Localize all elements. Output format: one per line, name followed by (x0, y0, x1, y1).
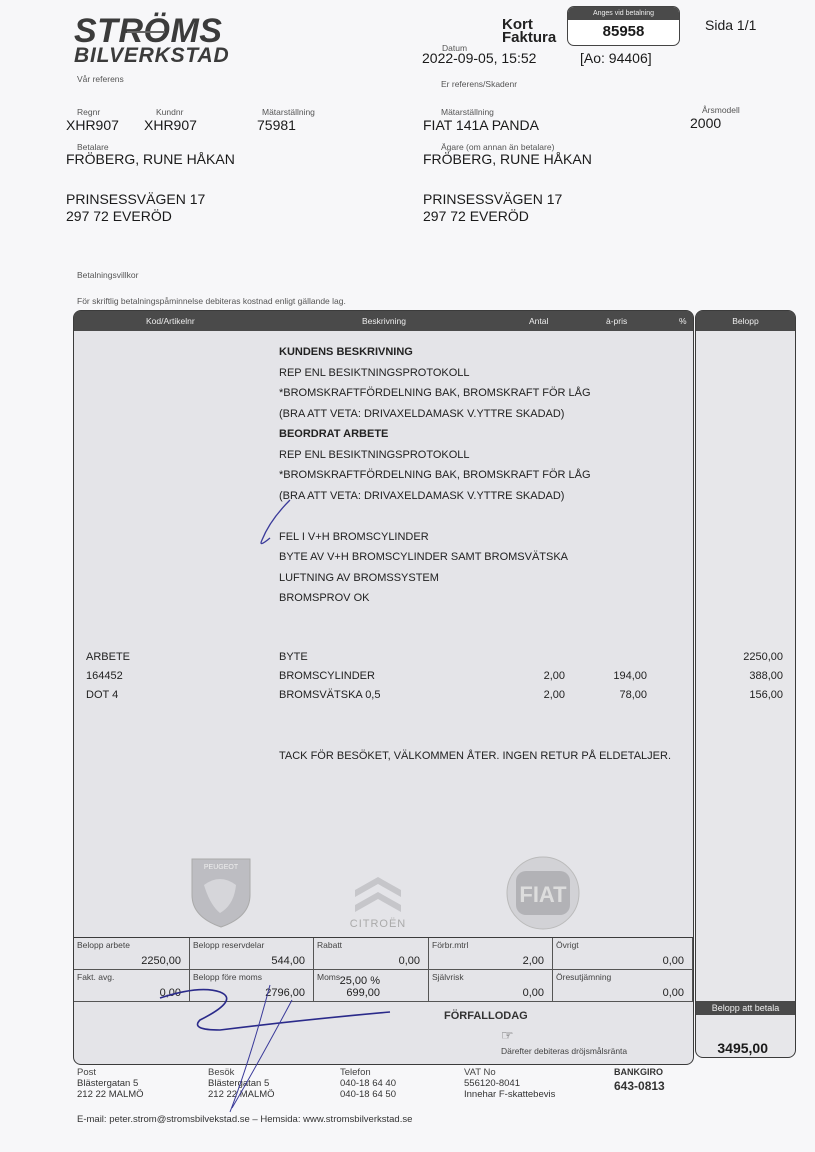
besok-line2: 212 22 MALMÖ (208, 1089, 275, 1100)
description-line: REP ENL BESIKTNINGSPROTOKOLL (279, 367, 470, 379)
total-cell-label: Rabatt (317, 940, 342, 950)
vat-line1: 556120-8041 (464, 1078, 555, 1089)
footer-contact-line[interactable]: E-mail: peter.strom@stromsbilvekstad.se … (77, 1114, 412, 1125)
description-line: FEL I V+H BROMSCYLINDER (279, 531, 429, 543)
att-betala-label: Belopp att betala (696, 1001, 795, 1015)
regnr-value: XHR907 (66, 117, 119, 133)
total-cell-label: Belopp före moms (193, 972, 262, 982)
owner-city: 297 72 EVERÖD (423, 208, 529, 224)
item-code: DOT 4 (86, 689, 118, 701)
total-cell-value: 0,00 (663, 955, 684, 967)
ao-number: [Ao: 94406] (580, 50, 652, 66)
item-quantity: 2,00 (520, 670, 565, 682)
var-referens-label: Vår referens (77, 74, 124, 84)
total-cell-value: 2250,00 (141, 955, 181, 967)
kundnr-value: XHR907 (144, 117, 197, 133)
header-apris: à-pris (606, 316, 627, 326)
footer-vat: VAT No 556120-8041 Innehar F-skattebevis (464, 1067, 555, 1100)
description-line: BROMSPROV OK (279, 592, 369, 604)
forfallodag-label: FÖRFALLODAG (444, 1010, 528, 1022)
item-unit-price: 78,00 (590, 689, 647, 701)
payment-reference-box: Anges vid betalning 85958 (567, 6, 680, 46)
description-line: *BROMSKRAFTFÖRDELNING BAK, BROMSKRAFT FÖ… (279, 469, 591, 481)
brand-logos-svg: PEUGEOT CITROËN FIAT (190, 855, 620, 935)
total-cell-label: Öresutjämning (556, 972, 611, 982)
payer-street: PRINSESSVÄGEN 17 (66, 191, 205, 207)
darefter-note: Därefter debiteras dröjsmålsränta (501, 1046, 627, 1056)
svg-text:FIAT: FIAT (519, 882, 567, 907)
footer-telefon: Telefon 040-18 64 40 040-18 64 50 (340, 1067, 396, 1100)
item-unit-price: 194,00 (590, 670, 647, 682)
regnr-label: Regnr (77, 107, 100, 117)
invoice-type-line2: Faktura (502, 31, 556, 44)
total-cell-value: 0,00 (523, 987, 544, 999)
bankgiro-label: BANKGIRO (614, 1067, 663, 1077)
owner-street: PRINSESSVÄGEN 17 (423, 191, 562, 207)
telefon-line2: 040-18 64 50 (340, 1089, 396, 1100)
item-description: BROMSCYLINDER (279, 670, 375, 682)
er-referens-label: Er referens/Skadenr (441, 79, 517, 89)
besok-label: Besök (208, 1067, 275, 1078)
total-cell-label: Förbr.mtrl (432, 940, 468, 950)
description-line: (BRA ATT VETA: DRIVAXELDAMASK V.YTTRE SK… (279, 408, 564, 420)
matar-label: Mätarställning (262, 107, 315, 117)
total-cell-value: 2,00 (523, 955, 544, 967)
payer-name: FRÖBERG, RUNE HÅKAN (66, 151, 235, 167)
total-cell-label: Övrigt (556, 940, 579, 950)
vat-label: VAT No (464, 1067, 555, 1078)
description-line: REP ENL BESIKTNINGSPROTOKOLL (279, 449, 470, 461)
total-cell-label: Fakt. avg. (77, 972, 114, 982)
description-line: LUFTNING AV BROMSSYSTEM (279, 572, 439, 584)
matar-value: 75981 (257, 117, 296, 133)
total-cell-value: 0,00 (399, 955, 420, 967)
citroen-logo-icon: CITROËN (350, 877, 407, 930)
peugeot-logo-icon: PEUGEOT (192, 859, 250, 927)
payer-city: 297 72 EVERÖD (66, 208, 172, 224)
description-line: (BRA ATT VETA: DRIVAXELDAMASK V.YTTRE SK… (279, 490, 564, 502)
item-amount: 156,00 (720, 689, 783, 701)
total-cell-value: 0,00 (663, 987, 684, 999)
att-betala-amount: 3495,00 (700, 1040, 768, 1056)
terms-label: Betalningsvillkor (77, 270, 138, 280)
post-label: Post (77, 1067, 144, 1078)
header-antal: Antal (529, 316, 548, 326)
kundnr-label: Kundnr (156, 107, 183, 117)
table-header: Kod/Artikelnr Beskrivning Antal à-pris % (74, 311, 693, 331)
total-cell: Förbr.mtrl2,00 (429, 938, 553, 970)
total-cell: Självrisk0,00 (429, 970, 553, 1002)
fiat-logo-icon: FIAT (507, 857, 579, 929)
total-cell: Öresutjämning0,00 (553, 970, 693, 1002)
description-line: *BROMSKRAFTFÖRDELNING BAK, BROMSKRAFT FÖ… (279, 387, 591, 399)
bankgiro-number: 643-0813 (614, 1079, 665, 1093)
svg-text:CITROËN: CITROËN (350, 918, 407, 930)
model-value: FIAT 141A PANDA (423, 117, 539, 133)
description-line: BEORDRAT ARBETE (279, 428, 388, 440)
total-cell: Belopp före moms2796,00 (190, 970, 314, 1002)
totals-grid: Belopp arbete2250,00Belopp reservdelar54… (74, 937, 693, 1002)
header-belopp: Belopp (696, 311, 795, 331)
item-description: BYTE (279, 651, 308, 663)
item-amount: 2250,00 (720, 651, 783, 663)
item-code: 164452 (86, 670, 123, 682)
description-line: KUNDENS BESKRIVNING (279, 346, 413, 358)
model-label: Mätarställning (441, 107, 494, 117)
moms-rate: 25,00 % (340, 975, 380, 987)
total-cell: Fakt. avg.0,00 (74, 970, 190, 1002)
item-quantity: 2,00 (520, 689, 565, 701)
total-cell-label: Moms (317, 972, 340, 982)
item-amount: 388,00 (720, 670, 783, 682)
footer-besok: Besök Blästergatan 5 212 22 MALMÖ (208, 1067, 275, 1100)
belopp-column: Belopp (695, 310, 796, 1058)
pointing-hand-icon: ☞ (501, 1027, 514, 1044)
item-code: ARBETE (86, 651, 130, 663)
invoice-date: 2022-09-05, 15:52 (422, 50, 536, 66)
terms-note: För skriftlig betalningspåminnelse debit… (77, 296, 346, 306)
telefon-label: Telefon (340, 1067, 396, 1078)
svg-text:PEUGEOT: PEUGEOT (204, 864, 239, 871)
arsmodell-label: Årsmodell (702, 105, 740, 115)
total-cell: Moms699,0025,00 % (314, 970, 429, 1002)
thanks-message: TACK FÖR BESÖKET, VÄLKOMMEN ÅTER. INGEN … (279, 750, 671, 762)
post-line1: Blästergatan 5 (77, 1078, 144, 1089)
total-cell-value: 544,00 (271, 955, 305, 967)
payment-reference-number: 85958 (568, 23, 679, 40)
footer-post: Post Blästergatan 5 212 22 MALMÖ (77, 1067, 144, 1100)
company-logo-subtitle: BILVERKSTAD (74, 46, 229, 66)
total-cell-label: Belopp reservdelar (193, 940, 264, 950)
total-cell: Belopp arbete2250,00 (74, 938, 190, 970)
description-line: BYTE AV V+H BROMSCYLINDER SAMT BROMSVÄTS… (279, 551, 568, 563)
total-cell: Övrigt0,00 (553, 938, 693, 970)
owner-name: FRÖBERG, RUNE HÅKAN (423, 151, 592, 167)
header-beskrivning: Beskrivning (362, 316, 406, 326)
telefon-line1: 040-18 64 40 (340, 1078, 396, 1089)
total-cell-label: Belopp arbete (77, 940, 130, 950)
total-cell-value: 0,00 (160, 987, 181, 999)
payment-reference-label: Anges vid betalning (568, 7, 679, 20)
total-cell: Belopp reservdelar544,00 (190, 938, 314, 970)
invoice-type: Kort Faktura (502, 18, 556, 44)
total-cell-label: Självrisk (432, 972, 464, 982)
logo-strike-line (127, 31, 165, 33)
arsmodell-value: 2000 (690, 115, 721, 131)
header-pct: % (679, 316, 687, 326)
post-line2: 212 22 MALMÖ (77, 1089, 144, 1100)
item-description: BROMSVÄTSKA 0,5 (279, 689, 380, 701)
total-cell: Rabatt0,00 (314, 938, 429, 970)
besok-line1: Blästergatan 5 (208, 1078, 275, 1089)
total-cell-value: 699,00 (346, 987, 380, 999)
page-indicator: Sida 1/1 (705, 17, 756, 33)
total-cell-value: 2796,00 (265, 987, 305, 999)
vat-line2: Innehar F-skattebevis (464, 1089, 555, 1100)
brand-logos: PEUGEOT CITROËN FIAT (190, 855, 620, 940)
header-kod: Kod/Artikelnr (146, 316, 195, 326)
